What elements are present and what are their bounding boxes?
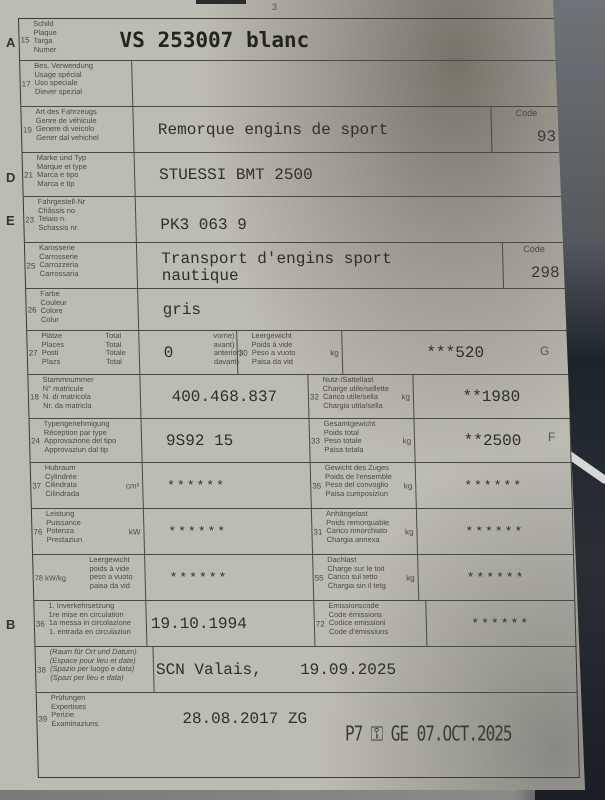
registration-document: 3 A D E B G F 15 SchildPlaqueTargaNumer … (0, 0, 585, 790)
field-label: LeergewichtPoids à videPeso a vuotoPaisa… (251, 332, 296, 366)
field-label: LeistungPuissancePotenzaPrestaziun (46, 510, 82, 544)
field-number: 21 (24, 170, 33, 179)
field-38-place-date: 38 (Raum für Ort und Datum)(Espace pour … (35, 647, 576, 693)
field-number: 30 (239, 348, 248, 357)
place-date-value: SCN Valais, 19.09.2025 (156, 661, 397, 679)
total-labels: TotalTotalTotaleTotal (105, 332, 126, 366)
field-label: KarosserieCarrosserieCarrozzeriaCarrossa… (39, 244, 79, 278)
first-registration-value: 19.10.1994 (151, 615, 247, 633)
field-number: 38 (37, 665, 46, 674)
field-label: Fahrgestell-NrChâssis noTelaio n.Schassi… (38, 198, 86, 232)
field-number: 15 (20, 35, 29, 44)
row-matricule-payload: 18 StammnummerN° matriculeN. di matricol… (28, 375, 569, 419)
margin-letter-b: B (6, 617, 15, 632)
field-label: SchildPlaqueTargaNumer (33, 20, 57, 54)
row-firstreg-emission: 36 1. Inverkehrsetzung1re mise en circul… (34, 601, 575, 647)
field-number: 35 (312, 481, 321, 490)
seats-value: 0 (164, 344, 174, 362)
margin-letter-d: D (6, 170, 15, 185)
plate-value: VS 253007 blanc (119, 28, 309, 52)
registration-form: 15 SchildPlaqueTargaNumer VS 253007 blan… (18, 18, 580, 778)
field-label: PrüfungenExpertisesPerizieExaminaziuns (51, 694, 99, 728)
field-number: 18 (30, 392, 39, 401)
field-label: (Raum für Ort und Datum)(Espace pour lie… (49, 648, 137, 682)
field-label: Leergewichtpoids à videpeso a vuotopaisa… (89, 556, 133, 590)
inspection-value: 28.08.2017 ZG (182, 710, 307, 728)
field-number: 23 (25, 215, 34, 224)
field-23-chassis: 23 Fahrgestell-NrChâssis noTelaio n.Scha… (24, 197, 565, 243)
body-value-line2: nautique (162, 267, 239, 285)
field-number: 32 (310, 392, 319, 401)
field-21-make-model: 21 Marke und TypMarque et typeMarca e ti… (23, 153, 564, 197)
row-displacement-trainweight: 37 HubraumCylindréeCilindrataCilindrada … (31, 463, 572, 509)
top-tab (196, 0, 246, 4)
field-number: 37 (32, 481, 41, 490)
margin-letter-e: E (6, 213, 15, 228)
field-label: DachlastCharge sur le toitCarico sul tet… (327, 556, 386, 590)
field-15-plate: 15 SchildPlaqueTargaNumer VS 253007 blan… (19, 19, 560, 61)
field-label: FarbeCouleurColoreColur (40, 290, 67, 324)
unit-label: kW (129, 527, 141, 536)
unit-label: kg (330, 348, 339, 357)
unit-label: kg (406, 573, 415, 582)
code-label: Code (491, 108, 561, 118)
power-value: ****** (168, 524, 227, 539)
color-value: gris (162, 301, 201, 319)
field-label: TypengenehmigungRéception par typeApprov… (44, 420, 117, 454)
vehicle-type-code: 93 (537, 128, 557, 146)
field-19-vehicle-type: 19 Art des FahrzeugsGenre de véhiculeGen… (21, 107, 562, 153)
field-label: Art des FahrzeugsGenre de véhiculeGenere… (35, 108, 98, 142)
tow-load-value: ****** (417, 524, 572, 539)
margin-letter-a: A (6, 35, 15, 50)
field-number: 27 (29, 348, 38, 357)
field-label: EmissionscodeCode émissionsCodice emissi… (328, 602, 388, 636)
body-code: 298 (531, 264, 560, 282)
field-number: 39 (38, 714, 47, 723)
chassis-value: PK3 063 9 (160, 216, 247, 234)
matricule-value: 400.468.837 (141, 388, 308, 406)
unit-label: kg (401, 392, 410, 401)
field-number: 78 kW/kg (35, 573, 67, 582)
power-weight-value: ****** (169, 570, 228, 585)
empty-weight-value: ***520 (343, 344, 568, 362)
field-label: Bes. VerwendungUsage spécialUso speciale… (34, 62, 94, 96)
field-label: GesamtgewichtPoids totalPeso totalePaisa… (324, 420, 377, 454)
row-power-towload: 76 LeistungPuissancePotenzaPrestaziun kW… (32, 509, 573, 555)
displacement-value: ****** (167, 478, 226, 493)
unit-label: kg (404, 481, 413, 490)
field-label: HubraumCylindréeCilindrataCilindrada (45, 464, 80, 498)
field-number: 24 (31, 436, 40, 445)
make-model-value: STUESSI BMT 2500 (159, 166, 313, 184)
total-weight-value: **2500 (415, 432, 570, 450)
field-number: 55 (315, 573, 324, 582)
field-label: Nutz-/SattellastCharge utile/selletteCar… (322, 376, 389, 410)
code-label: Code (503, 244, 565, 254)
field-25-body: 25 KarosserieCarrosserieCarrozzeriaCarro… (25, 243, 566, 289)
row-powerweight-roofload: 78 kW/kg Leergewichtpoids à videpeso a v… (33, 555, 574, 601)
field-label: 1. Inverkehrsetzung1re mise en circulati… (48, 602, 131, 636)
unit-label: kg (402, 436, 411, 445)
unit-label: cm³ (126, 481, 140, 490)
inspection-stamp: P7 ⚿ GE 07.OCT.2025 (345, 722, 512, 747)
emission-code-value: ****** (427, 616, 575, 631)
body-value-line1: Transport d'engins sport (161, 250, 392, 268)
field-number: 72 (316, 619, 325, 628)
payload-value: **1980 (414, 388, 569, 406)
field-number: 33 (311, 436, 320, 445)
row-seats-emptyweight: 27 PlätzePlacesPostiPlazs TotalTotalTota… (27, 331, 568, 375)
train-weight-value: ****** (416, 478, 571, 493)
field-number: 26 (28, 305, 37, 314)
field-label: StammnummerN° matriculeN. di matricolaNr… (42, 376, 94, 410)
field-label: AnhängelastPoids remorquableCarico rimor… (326, 510, 390, 544)
unit-label: kg (405, 527, 414, 536)
field-number: 19 (23, 125, 32, 134)
field-number: 31 (313, 527, 322, 536)
field-number: 17 (22, 79, 31, 88)
type-approval-value: 9S92 15 (166, 432, 234, 450)
field-17-special-use: 17 Bes. VerwendungUsage spécialUso speci… (20, 61, 561, 107)
field-26-color: 26 FarbeCouleurColoreColur gris (26, 289, 567, 331)
field-number: 36 (36, 619, 45, 628)
field-number: 76 (33, 527, 42, 536)
field-label: PlätzePlacesPostiPlazs (41, 332, 64, 366)
roof-load-value: ****** (418, 570, 573, 585)
page-number: 3 (272, 2, 277, 12)
field-label: Gewicht des ZugesPoids de l'ensemblePeso… (325, 464, 393, 498)
row-typeapproval-totalweight: 24 TypengenehmigungRéception par typeApp… (30, 419, 571, 463)
field-label: Marke und TypMarque et typeMarca e tipoM… (37, 154, 88, 188)
vehicle-type-value: Remorque engins de sport (158, 121, 389, 139)
field-number: 25 (26, 261, 35, 270)
